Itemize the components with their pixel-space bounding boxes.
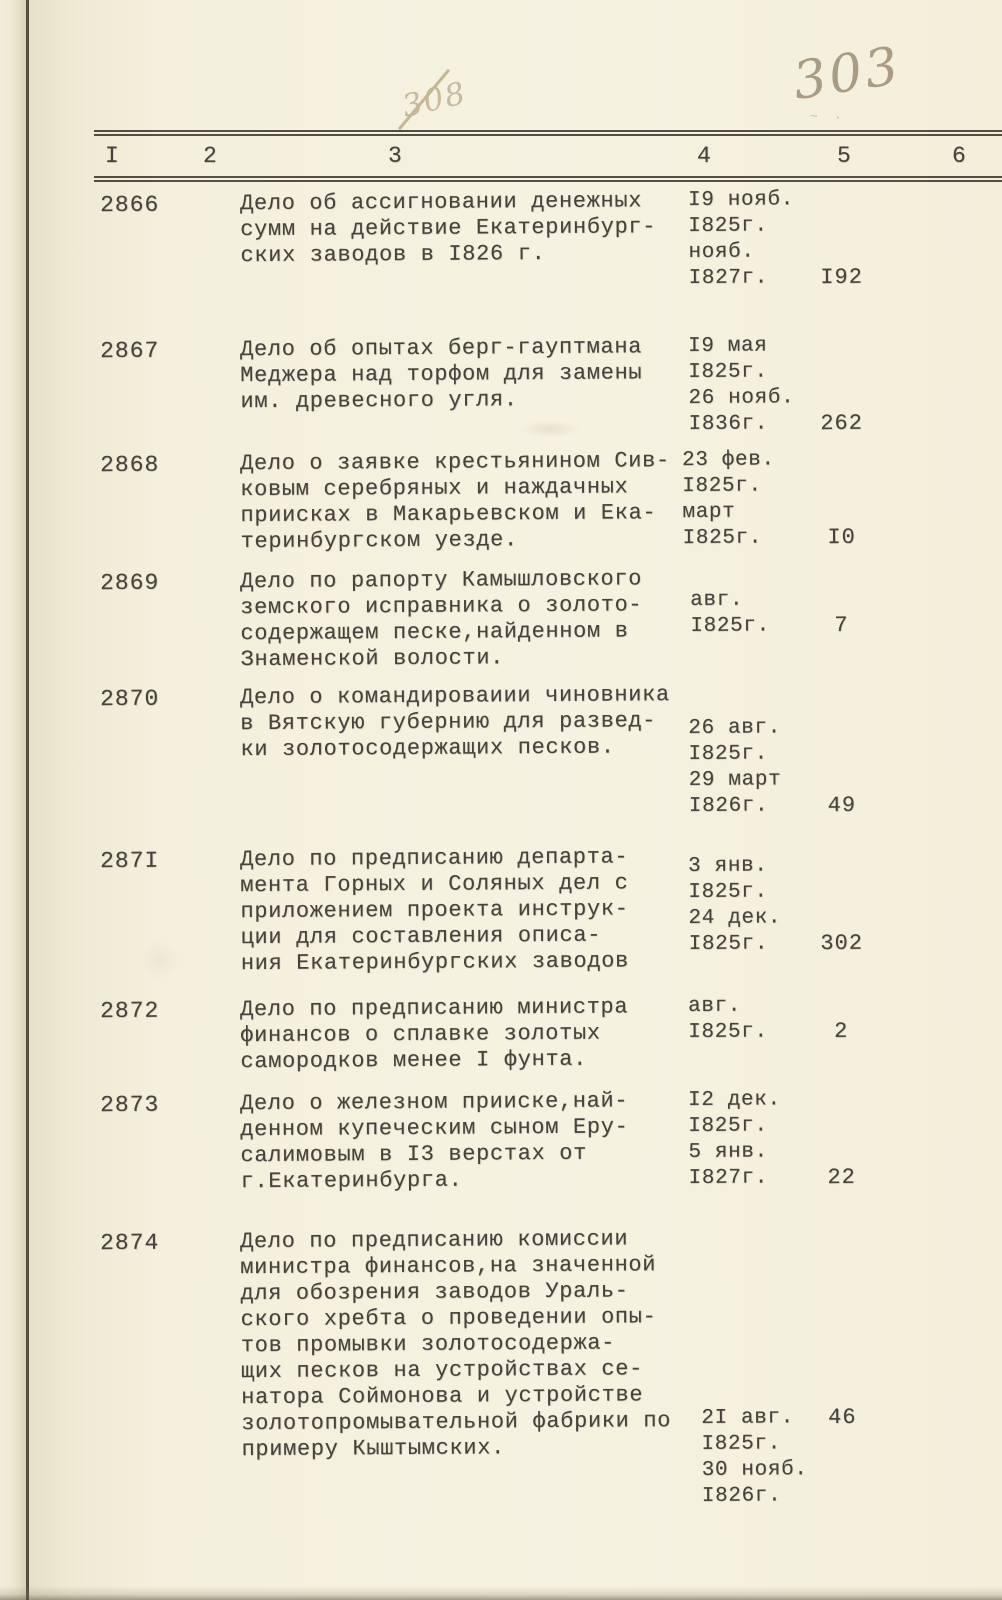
date-line: 3 янв. — [688, 853, 828, 880]
entry-sheet-count: 2 — [806, 1019, 876, 1044]
date-line: 29 март — [689, 767, 829, 794]
date-line: I825г. — [688, 741, 828, 768]
date-line: I825г. — [682, 473, 822, 500]
date-line: I825г. — [688, 359, 828, 386]
description-line: тов промывки золотосодержа- — [241, 1330, 681, 1359]
description-line: салимовым в I3 верстах от — [240, 1140, 680, 1169]
entry-number: 2870 — [100, 686, 159, 712]
entry-description: Дело о заявке крестьянином Сив-ковым сер… — [240, 448, 681, 555]
strikethrough-mark — [398, 69, 450, 131]
date-line: 30 нояб. — [702, 1457, 842, 1484]
description-line: Дело об ассигновании денежных — [240, 188, 680, 217]
entry-description: Дело по рапорту Камышловскогоземского ис… — [240, 566, 681, 673]
entry-number: 2866 — [100, 192, 159, 218]
description-line: им. древесного угля. — [240, 386, 680, 415]
entry-sheet-count: 262 — [807, 411, 877, 436]
date-line: 5 янв. — [688, 1139, 828, 1166]
header-rule-bottom — [94, 176, 1002, 182]
entry-dates: 23 фев.I825г.мартI825г. — [682, 447, 823, 552]
archive-inventory-page: 308 303 ~ . I23456 2866Дело об ассигнова… — [0, 0, 1002, 1600]
entry-description: Дело об ассигновании денежныхсумм на дей… — [240, 188, 681, 269]
description-line: примеру Кыштымских. — [241, 1434, 681, 1463]
entry-number: 2873 — [100, 1092, 159, 1118]
entry-number: 2874 — [100, 1230, 159, 1256]
table-row: 2870Дело о командироваиии чиновникав Вят… — [0, 680, 1002, 687]
description-line: содержащем песке,найденном в — [240, 618, 680, 647]
table-row: 2873Дело о железном прииске,най-денном к… — [0, 1086, 1002, 1093]
description-line: ки золотосодержащих песков. — [240, 734, 680, 763]
description-line: Дело по предписанию комиссии — [240, 1226, 680, 1255]
column-header-1: I — [105, 143, 119, 169]
date-line: I825г. — [688, 1113, 828, 1140]
description-line: земского исправника о золото- — [240, 592, 680, 621]
description-line: министра финансов,на значенной — [240, 1252, 680, 1281]
entry-number: 2867 — [100, 338, 159, 364]
table-row: 2866Дело об ассигновании денежныхсумм на… — [0, 186, 1002, 193]
description-line: Дело о заявке крестьянином Сив- — [240, 448, 680, 477]
description-line: щих песков на устройствах се- — [241, 1356, 681, 1385]
handwritten-page-number: 303 — [789, 36, 905, 112]
column-header-5: 5 — [837, 143, 851, 169]
description-line: золотопромывательной фабрики по — [241, 1408, 681, 1437]
description-line: денном купеческим сыном Еру- — [240, 1114, 680, 1143]
date-line: март — [682, 499, 822, 526]
column-header-4: 4 — [697, 143, 711, 169]
entry-description: Дело по предписанию министрафинансов о с… — [240, 994, 681, 1075]
date-line: 26 авг. — [688, 715, 828, 742]
description-line: Дело о железном прииске,най- — [240, 1088, 680, 1117]
table-row: 2869Дело по рапорту Камышловскогоземског… — [0, 564, 1002, 571]
entry-description: Дело о железном прииске,най-денном купеч… — [240, 1088, 681, 1195]
date-line: I825г. — [688, 879, 828, 906]
table-row: 2872Дело по предписанию министрафинансов… — [0, 992, 1002, 999]
paper-stain — [140, 940, 180, 980]
header-rule-top — [94, 130, 1002, 136]
description-line: Дело по рапорту Камышловского — [240, 566, 680, 595]
date-line: авг. — [688, 993, 828, 1020]
date-line: I825г. — [683, 525, 823, 552]
date-line: нояб. — [688, 239, 828, 266]
description-line: приложением проекта инструк- — [240, 896, 680, 925]
description-line: Дело о командироваиии чиновника — [240, 682, 680, 711]
description-line: ковым серебряных и наждачных — [240, 474, 680, 503]
entry-sheet-count: I0 — [807, 525, 877, 550]
bottom-page-edge — [0, 1586, 1002, 1600]
table-row: 2867Дело об опытах берг-гауптманаМеджера… — [0, 332, 1002, 339]
entry-number: 2872 — [100, 998, 159, 1024]
description-line: ского хребта о проведении опы- — [241, 1304, 681, 1333]
date-line: I9 мая — [688, 333, 828, 360]
description-line: Дело по предписанию министра — [240, 994, 680, 1023]
entry-sheet-count: 49 — [807, 793, 877, 818]
description-line: Дело по предписанию департа- — [240, 844, 680, 873]
description-line: Дело об опытах берг-гауптмана — [240, 334, 680, 363]
description-line: ции для составления описа- — [241, 922, 681, 951]
column-header-2: 2 — [203, 143, 217, 169]
left-page-edge — [0, 0, 29, 1600]
date-line: I9 нояб. — [688, 187, 828, 214]
date-line: I825г. — [701, 1431, 841, 1458]
table-row: 287IДело по предписанию департа-мента Го… — [0, 842, 1002, 849]
description-line: мента Горных и Соляных дел с — [240, 870, 680, 899]
entry-number: 287I — [100, 848, 159, 874]
table-row: 2874Дело по предписанию комиссииминистра… — [0, 1224, 1002, 1231]
description-line: финансов о сплавке золотых — [240, 1020, 680, 1049]
entry-description: Дело по предписанию департа-мента Горных… — [240, 844, 681, 977]
date-line: I825г. — [688, 213, 828, 240]
entry-number: 2868 — [100, 452, 159, 478]
date-line: 26 нояб. — [688, 385, 828, 412]
description-line: натора Соймонова и устройстве — [241, 1382, 681, 1411]
description-line: для обозрения заводов Ураль- — [240, 1278, 680, 1307]
entry-description: Дело об опытах берг-гауптманаМеджера над… — [240, 334, 681, 415]
entry-sheet-count: I92 — [807, 265, 877, 290]
date-line: 23 фев. — [682, 447, 822, 474]
entry-sheet-count: 22 — [807, 1165, 877, 1190]
table-row: 2868Дело о заявке крестьянином Сив-ковым… — [0, 446, 1002, 453]
description-line: приисках в Макарьевском и Ека- — [240, 500, 680, 529]
entry-sheet-count: 7 — [806, 613, 876, 638]
description-line: г.Екатеринбурга. — [241, 1166, 681, 1195]
date-line: I826г. — [702, 1483, 842, 1510]
entry-sheet-count: 302 — [807, 931, 877, 956]
description-line: ских заводов в I826 г. — [240, 240, 680, 269]
date-line: авг. — [690, 587, 830, 614]
description-line: Знаменской волости. — [241, 644, 681, 673]
description-line: сумм на действие Екатеринбург- — [240, 214, 680, 243]
entry-number: 2869 — [100, 570, 159, 596]
pencil-smudge: ~ . — [810, 107, 851, 125]
date-line: I2 дек. — [688, 1087, 828, 1114]
description-line: в Вятскую губернию для развед- — [240, 708, 680, 737]
description-line: ния Екатеринбургских заводов — [241, 948, 681, 977]
column-header-3: 3 — [388, 143, 402, 169]
description-line: Меджера над торфом для замены — [240, 360, 680, 389]
entry-sheet-count: 46 — [807, 1405, 877, 1430]
date-line: 24 дек. — [688, 905, 828, 932]
entry-description: Дело по предписанию комиссииминистра фин… — [240, 1226, 682, 1463]
description-line: самородков менее I фунта. — [240, 1046, 680, 1075]
column-header-6: 6 — [952, 143, 966, 169]
paper-stain — [520, 420, 580, 438]
entry-description: Дело о командироваиии чиновникав Вятскую… — [240, 682, 681, 763]
description-line: теринбургском уезде. — [241, 526, 681, 555]
